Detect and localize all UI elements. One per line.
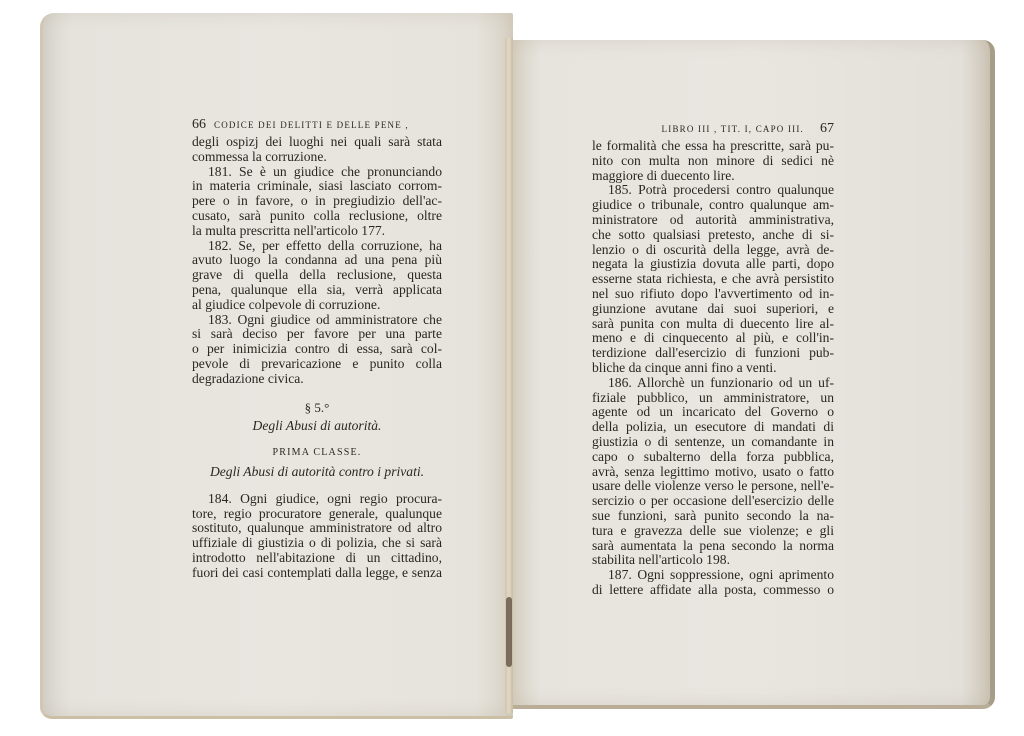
article-184: 184. Ogni giudice, ogni regio procura- t… — [192, 492, 442, 581]
section-title: Degli Abusi di autorità. — [192, 419, 442, 434]
text-line: terdizione dall'esercizio di funzioni pu… — [592, 346, 834, 361]
text-line: sercizio o per occasione dell'esercizio … — [592, 494, 834, 509]
text-line: sarà aumentata la pena secondo la norma — [592, 539, 834, 554]
text-line: 181. Se è un giudice che pronunciando — [192, 165, 442, 180]
left-running-header: 66 CODICE DEI DELITTI E DELLE PENE , — [192, 118, 442, 135]
text-line: agente od un incaricato del Governo o — [592, 405, 834, 420]
text-line: al giudice colpevole di corruzione. — [192, 298, 442, 313]
text-line: sue funzioni, sarà punito secondo la na- — [592, 509, 834, 524]
continuation-paragraph: le formalità che essa ha prescritte, sar… — [592, 139, 834, 183]
text-line: o per inimicizia contro di essa, sarà co… — [192, 342, 442, 357]
article-183: 183. Ogni giudice od amministratore che … — [192, 313, 442, 387]
article-181: 181. Se è un giudice che pronunciando in… — [192, 165, 442, 239]
text-line: pena, qualunque ella sia, verrà applicat… — [192, 283, 442, 298]
text-line: 183. Ogni giudice od amministratore che — [192, 313, 442, 328]
page-number: 66 — [192, 118, 206, 133]
page-number: 67 — [820, 122, 834, 137]
text-line: in materia criminale, siasi lasciato cor… — [192, 179, 442, 194]
text-line: sostituto, qualunque amministratore od a… — [192, 521, 442, 536]
text-line: fuori dei casi contemplati dalla legge, … — [192, 566, 442, 581]
article-185: 185. Potrà procedersi contro qualunque g… — [592, 183, 834, 375]
text-line: avrà, senza legittimo motivo, usato o fa… — [592, 465, 834, 480]
text-line: cusato, sarà punito colla reclusione, ol… — [192, 209, 442, 224]
text-line: meno e di cinquecento al più, e coll'in- — [592, 331, 834, 346]
text-line: 184. Ogni giudice, ogni regio procura- — [192, 492, 442, 507]
text-line: di lettere affidate alla posta, commesso… — [592, 583, 834, 598]
text-line: la multa prescritta nell'articolo 177. — [192, 224, 442, 239]
text-line: degradazione civica. — [192, 372, 442, 387]
running-head: CODICE DEI DELITTI E DELLE PENE , — [214, 118, 409, 133]
text-line: 186. Allorchè un funzionario od un uf- — [592, 376, 834, 391]
article-182: 182. Se, per effetto della corruzione, h… — [192, 239, 442, 313]
text-line: tore, regio procuratore generale, qualun… — [192, 507, 442, 522]
text-line: nel suo rifiuto dopo l'avvertimento od i… — [592, 287, 834, 302]
text-line: stabilita nell'articolo 198. — [592, 553, 834, 568]
text-line: 185. Potrà procedersi contro qualunque — [592, 183, 834, 198]
class-title: Degli Abusi di autorità contro i privati… — [192, 465, 442, 480]
left-page-text: 66 CODICE DEI DELITTI E DELLE PENE , deg… — [192, 118, 442, 581]
text-line: uffiziale di giustizia o di polizia, che… — [192, 536, 442, 551]
text-line: introdotto nell'abitazione di un cittadi… — [192, 551, 442, 566]
right-page-text: LIBRO III , TIT. I, CAPO III. 67 le form… — [592, 122, 834, 598]
text-line: degli ospizj dei luoghi nei quali sarà s… — [192, 135, 442, 150]
text-line: negata la giustizia dovuta alle parti, d… — [592, 257, 834, 272]
text-line: pere o in favore, o in pregiudizio dell'… — [192, 194, 442, 209]
gutter-stain — [506, 597, 512, 667]
text-line: sarà punita con multa di duecento lire a… — [592, 317, 834, 332]
open-book: 66 CODICE DEI DELITTI E DELLE PENE , deg… — [0, 0, 1024, 736]
text-line: 182. Se, per effetto della corruzione, h… — [192, 239, 442, 254]
text-line: 187. Ogni soppressione, ogni aprimento — [592, 568, 834, 583]
text-line: avuto luogo la condanna ad una pena più — [192, 253, 442, 268]
text-line: giunzione avutane dai suoi superiori, e — [592, 302, 834, 317]
right-running-header: LIBRO III , TIT. I, CAPO III. 67 — [592, 122, 834, 139]
article-187: 187. Ogni soppressione, ogni aprimento d… — [592, 568, 834, 598]
text-line: nito con multa non minore di sedici nè — [592, 154, 834, 169]
text-line: giudice o tribunale, contro qualunque am… — [592, 198, 834, 213]
text-line: le formalità che essa ha prescritte, sar… — [592, 139, 834, 154]
text-line: fiziale pubblico, un amministratore, un — [592, 391, 834, 406]
running-head: LIBRO III , TIT. I, CAPO III. — [662, 122, 804, 137]
text-line: tura e gravezza delle sue violenze; e gl… — [592, 524, 834, 539]
text-line: capo o subalterno della forza pubblica, — [592, 450, 834, 465]
article-186: 186. Allorchè un funzionario od un uf- f… — [592, 376, 834, 568]
continuation-paragraph: degli ospizj dei luoghi nei quali sarà s… — [192, 135, 442, 165]
text-line: grave di quella della reclusione, questa — [192, 268, 442, 283]
text-line: bliche da cinque anni fino a venti. — [592, 361, 834, 376]
text-line: si sarà deciso per favore per una parte — [192, 327, 442, 342]
class-heading: PRIMA CLASSE. — [192, 446, 442, 461]
text-line: giustizia o di sentenze, un comandante i… — [592, 435, 834, 450]
text-line: lenzio o di oscurità della legge, avrà d… — [592, 243, 834, 258]
text-line: esserne stata richiesta, e che avrà pers… — [592, 272, 834, 287]
text-line: ministratore od autorità amministrativa, — [592, 213, 834, 228]
section-mark: § 5.° — [192, 401, 442, 416]
text-line: commessa la corruzione. — [192, 150, 442, 165]
text-line: maggiore di duecento lire. — [592, 169, 834, 184]
text-line: pevole di prevaricazione e punito colla — [192, 357, 442, 372]
text-line: usare delle violenze verso le persone, n… — [592, 479, 834, 494]
text-line: che sotto qualsiasi pretesto, anche di s… — [592, 228, 834, 243]
text-line: della polizia, un esecutore di mandati d… — [592, 420, 834, 435]
